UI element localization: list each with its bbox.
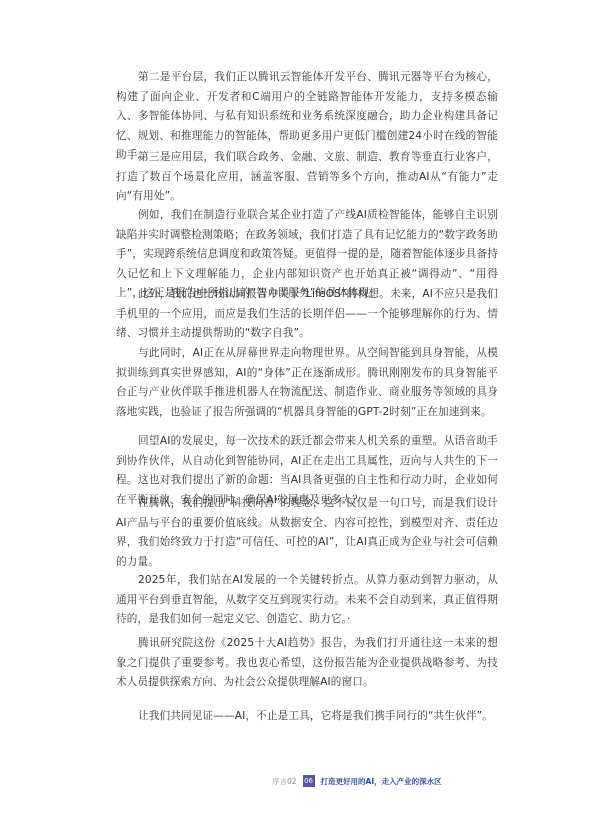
paragraph-closing: 让我们共同见证——AI，不止是工具，它将是我们携手同行的“共生伙伴”。 <box>116 707 498 727</box>
paragraph-lifeos: 此外，我们也比较认同报告中关于“LifeOS”的构想。未来，AI不应只是我们手机… <box>116 285 498 344</box>
paragraph-tech-for-good: 在腾讯，我们提出“科技向善”的理念，这不仅仅是一句口号，而是我们设计AI产品与平… <box>116 494 498 572</box>
footer-chapter-title: 打造更好用的AI，走入产业的深水区 <box>321 776 442 787</box>
paragraph-application-layer: 第三是应用层，我们联合政务、金融、文旅、制造、教育等垂直行业客户，打造了数百个场… <box>116 148 498 207</box>
paragraph-2025-turning-point: 2025年，我们站在AI发展的一个关键转折点。从算力驱动到智力驱动，从通用平台到… <box>116 571 498 630</box>
paragraph-report-intro: 腾讯研究院这份《2025十大AI趋势》报告，为我们打开通往这一未来的想象之门提供… <box>116 634 498 693</box>
page-footer: 序言02 06 打造更好用的AI，走入产业的深水区 <box>272 773 442 789</box>
paragraph-embodied-ai: 与此同时，AI正在从屏幕世界走向物理世界。从空间智能到具身智能，从模拟训练到真实… <box>116 344 498 422</box>
document-page: 第二是平台层，我们正以腾讯云智能体开发平台、腾讯元器等平台为核心，构建了面向企业… <box>0 0 612 824</box>
page-number-badge: 06 <box>303 775 315 787</box>
footer-section-label: 序言02 <box>272 776 297 787</box>
